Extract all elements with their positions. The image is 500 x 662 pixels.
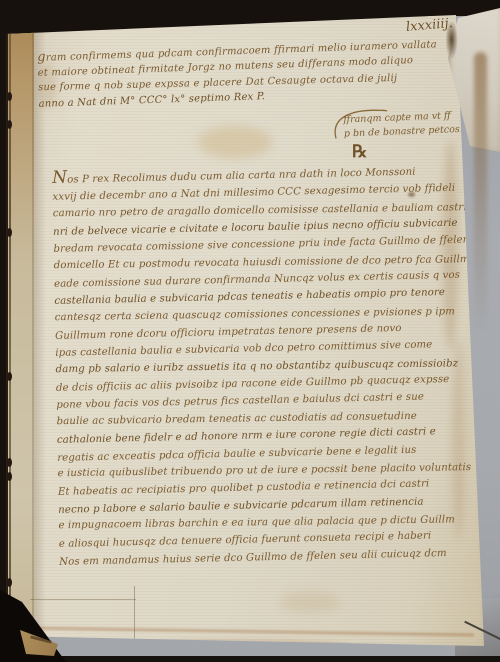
stitch-knot <box>7 372 12 381</box>
stitch-knot <box>7 92 12 101</box>
stitch-knot <box>7 578 12 587</box>
fold-crease-horizontal <box>30 599 136 600</box>
stitch-knot <box>7 120 12 129</box>
flap-stain <box>474 52 487 332</box>
stitch-knot <box>7 458 12 467</box>
main-text-block: Nos P rex Recolimus dudu cum alia carta … <box>52 163 475 569</box>
top-paragraph: gram confirmems qua pdcam confirmacoem f… <box>37 37 441 112</box>
fold-crease-vertical <box>134 586 135 640</box>
manuscript-page: lxxxiiij. gram confirmems qua pdcam conf… <box>0 0 500 662</box>
manuscript-photo: lxxxiiij. gram confirmems qua pdcam conf… <box>0 0 500 662</box>
stitch-knot <box>7 472 12 481</box>
foxing-stain <box>280 592 340 612</box>
stitch-knot <box>7 228 12 237</box>
marginal-note-text: ffranqm capte ma vt ffp bn de bonastre p… <box>343 109 463 140</box>
registration-mark: ℞ <box>352 142 367 162</box>
bottom-edge-stain <box>28 626 474 636</box>
foxing-stain <box>198 126 272 158</box>
flap-crevice-shadow <box>446 22 460 66</box>
